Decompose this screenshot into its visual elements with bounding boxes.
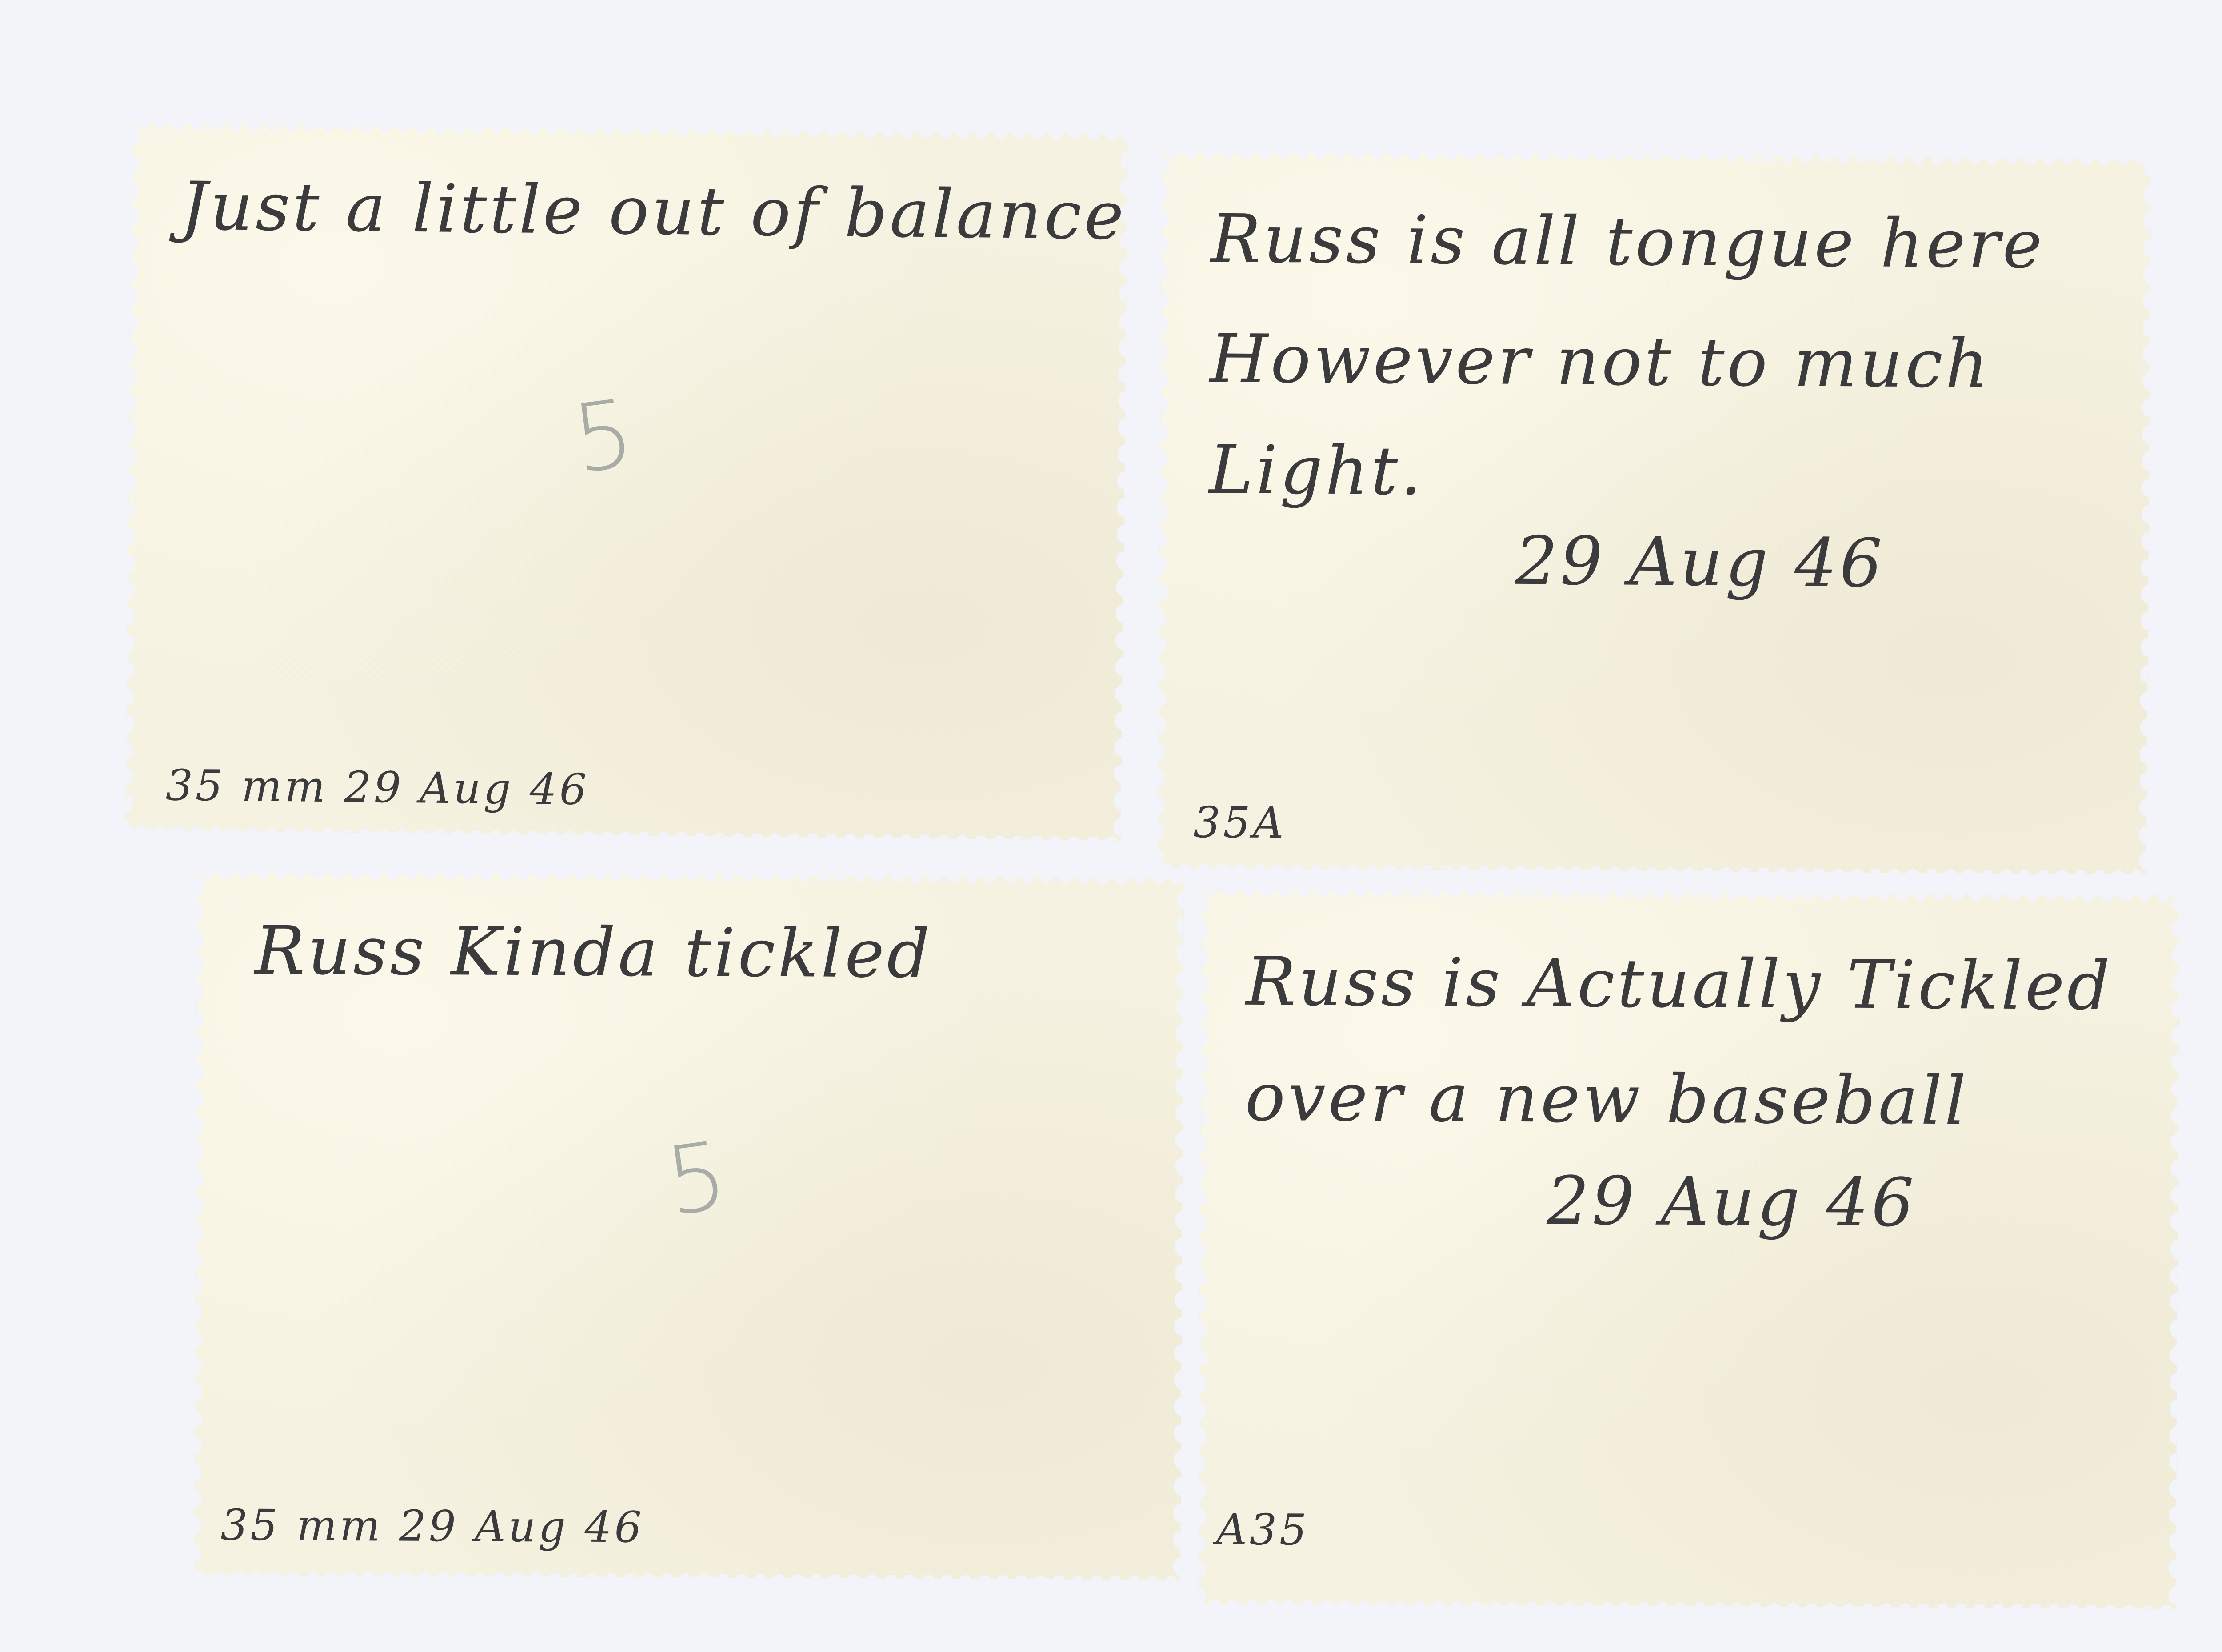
deckle-edge [125,823,1121,841]
handwritten-caption-line-2: over a new baseball [1245,1064,1969,1135]
deckle-edge [1156,152,1169,867]
deckle-edge [1173,878,1185,1580]
handwritten-date: 29 Aug 46 [1547,1168,1917,1236]
photo-back-card-2: Russ is all tongue here However not to m… [1157,152,2151,874]
footer-label: A35 [1216,1508,1309,1551]
handwritten-date: 29 Aug 46 [1515,528,1885,597]
deckle-edge [1198,1596,2176,1610]
footer-label: 35 mm 29 Aug 46 [165,764,589,811]
deckle-edge [2169,896,2180,1609]
pencil-mark: 5 [660,1121,733,1237]
deckle-edge [2139,159,2152,874]
handwritten-caption: Just a little out of balance [180,173,1127,249]
deckle-edge [124,124,140,830]
handwritten-caption-line-1: Russ is all tongue here [1211,206,2045,278]
deckle-edge [1202,890,2179,903]
deckle-edge [1163,151,2151,166]
handwritten-caption-line-2: However not to much [1210,326,1991,398]
deckle-edge [1157,860,2146,875]
deckle-edge [132,123,1128,141]
photo-back-card-3: Russ Kinda tickled 5 35 mm 29 Aug 46 [194,873,1184,1580]
photo-back-card-1: Just a little out of balance 5 35 mm 29 … [125,124,1128,840]
pencil-mark: 5 [567,379,640,494]
deckle-edge [197,872,1184,885]
footer-label: 35 mm 29 Aug 46 [220,1504,644,1548]
handwritten-caption-line-1: Russ is Actually Tickled [1246,949,2113,1020]
deckle-edge [1197,890,1209,1604]
handwritten-caption: Russ Kinda tickled [255,918,933,988]
footer-label: 35A [1193,801,1287,844]
deckle-edge [194,1568,1180,1581]
deckle-edge [193,873,204,1575]
photo-back-card-4: Russ is Actually Tickled over a new base… [1198,890,2179,1608]
handwritten-caption-line-3: Light. [1209,437,1424,505]
